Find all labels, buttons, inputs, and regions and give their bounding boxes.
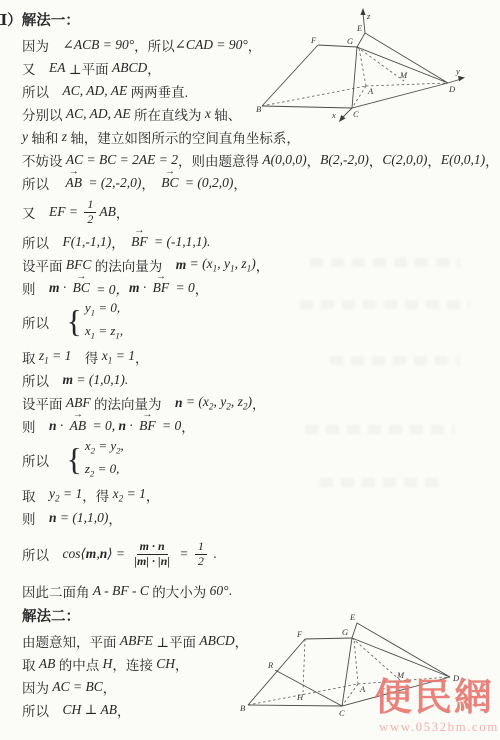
diagram-label: F: [296, 629, 303, 639]
diagram-label: G: [342, 627, 348, 637]
fraction: 12: [195, 540, 207, 569]
text-line: 所以 F(1,-1,1)， BF = (-1,1,1).: [0, 230, 500, 253]
diagram-label: H: [296, 692, 304, 702]
scan-artifact: [300, 300, 470, 309]
watermark-url: www.0532bm.com: [379, 719, 499, 735]
diagram-label: z: [366, 11, 371, 21]
watermark-brand: 便民網: [374, 679, 494, 717]
diagram-label: B: [256, 104, 261, 114]
fraction: m · n|m| · |n|: [131, 540, 173, 569]
diagram-label: E: [349, 612, 356, 622]
equation-system: {x2 = y2,z2 = 0,: [63, 437, 124, 482]
diagram-label: C: [353, 109, 359, 119]
diagram-label: E: [356, 23, 363, 33]
diagram-label: G: [347, 36, 353, 46]
diagram-label: R: [267, 660, 274, 670]
text-line: 又 EF = 12AB，: [0, 194, 500, 230]
scan-artifact: [330, 356, 460, 365]
diagram-label: C: [339, 708, 345, 718]
page: { "document": {"kind": "scanned-math-sol…: [0, 0, 500, 740]
fraction: 12: [84, 198, 96, 227]
diagram-label: A: [367, 86, 374, 96]
text-line: 则 n = (1,1,0)，: [0, 506, 500, 529]
scan-artifact: [320, 478, 440, 487]
text-line: 则 m · BC = 0，m · BF = 0，: [0, 276, 500, 299]
scan-artifact: [310, 258, 460, 267]
diagram-label: D: [448, 84, 456, 94]
diagram-label: A: [359, 684, 366, 694]
diagram-label: F: [310, 35, 317, 45]
text-line: 所以 AB = (2,-2,0)， BC = (0,2,0)，: [0, 171, 500, 194]
diagram-label: y: [455, 66, 460, 76]
scan-artifact: [305, 425, 455, 434]
diagram-label: B: [240, 703, 245, 713]
top-diagram-dashed-lines: [262, 47, 448, 108]
text-line: 所以 cos⟨m,n⟩ = m · n|m| · |n| = 12 .: [0, 529, 500, 579]
diagram-label: x: [331, 110, 336, 120]
text-line: 所以 m = (1,0,1).: [0, 368, 500, 391]
coordinate-diagram-top: zEFGBCxAMDy: [255, 2, 500, 137]
text-line: 所以 {x2 = y2,z2 = 0,: [0, 437, 500, 483]
diagram-label: M: [399, 70, 408, 80]
equation-system: {y1 = 0,x1 = z1,: [63, 299, 124, 344]
